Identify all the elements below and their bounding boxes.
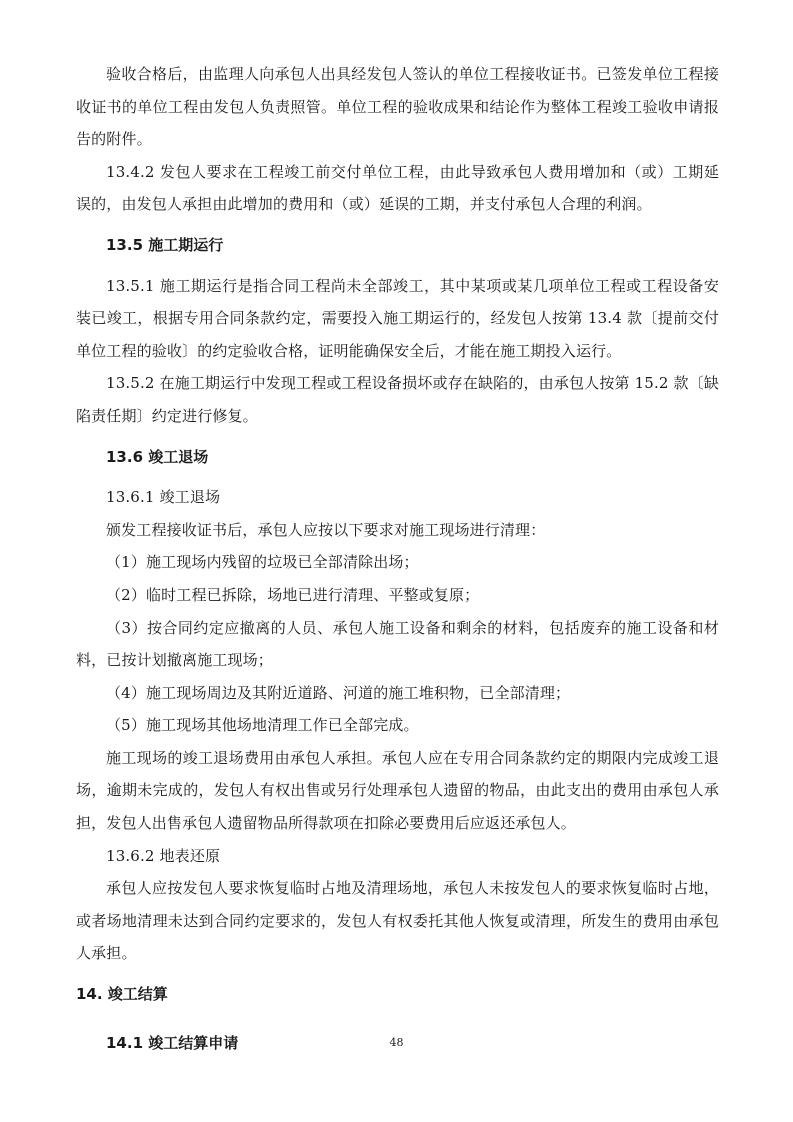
paragraph-13-5-2: 13.5.2 在施工期运行中发现工程或工程设备损坏或存在缺陷的，由承包人按第 1… <box>76 367 719 432</box>
list-item-4: （4）施工现场周边及其附近道路、河道的施工堆积物，已全部清理； <box>76 677 719 710</box>
heading-13-5: 13.5 施工期运行 <box>76 221 719 270</box>
heading-14: 14. 竣工结算 <box>76 970 719 1019</box>
list-item-5: （5）施工现场其他场地清理工作已全部完成。 <box>76 709 719 742</box>
paragraph: 承包人应按发包人要求恢复临时占地及清理场地，承包人未按发包人的要求恢复临时占地，… <box>76 872 719 970</box>
subheading-13-6-1: 13.6.1 竣工退场 <box>76 481 719 514</box>
page-number: 48 <box>0 1036 793 1049</box>
list-item-1: （1）施工现场内残留的垃圾已全部清除出场； <box>76 546 719 579</box>
subheading-13-6-2: 13.6.2 地表还原 <box>76 840 719 873</box>
heading-13-6: 13.6 竣工退场 <box>76 433 719 482</box>
paragraph: 颁发工程接收证书后，承包人应按以下要求对施工现场进行清理： <box>76 514 719 547</box>
paragraph: 验收合格后，由监理人向承包人出具经发包人签认的单位工程接收证书。已签发单位工程接… <box>76 58 719 156</box>
paragraph: 施工现场的竣工退场费用由承包人承担。承包人应在专用合同条款约定的期限内完成竣工退… <box>76 742 719 840</box>
list-item-3: （3）按合同约定应撤离的人员、承包人施工设备和剩余的材料，包括废弃的施工设备和材… <box>76 612 719 677</box>
paragraph-13-4-2: 13.4.2 发包人要求在工程竣工前交付单位工程，由此导致承包人费用增加和（或）… <box>76 156 719 221</box>
paragraph-13-5-1: 13.5.1 施工期运行是指合同工程尚未全部竣工，其中某项或某几项单位工程或工程… <box>76 270 719 368</box>
list-item-2: （2）临时工程已拆除，场地已进行清理、平整或复原； <box>76 579 719 612</box>
document-page: 验收合格后，由监理人向承包人出具经发包人签认的单位工程接收证书。已签发单位工程接… <box>76 58 719 1067</box>
